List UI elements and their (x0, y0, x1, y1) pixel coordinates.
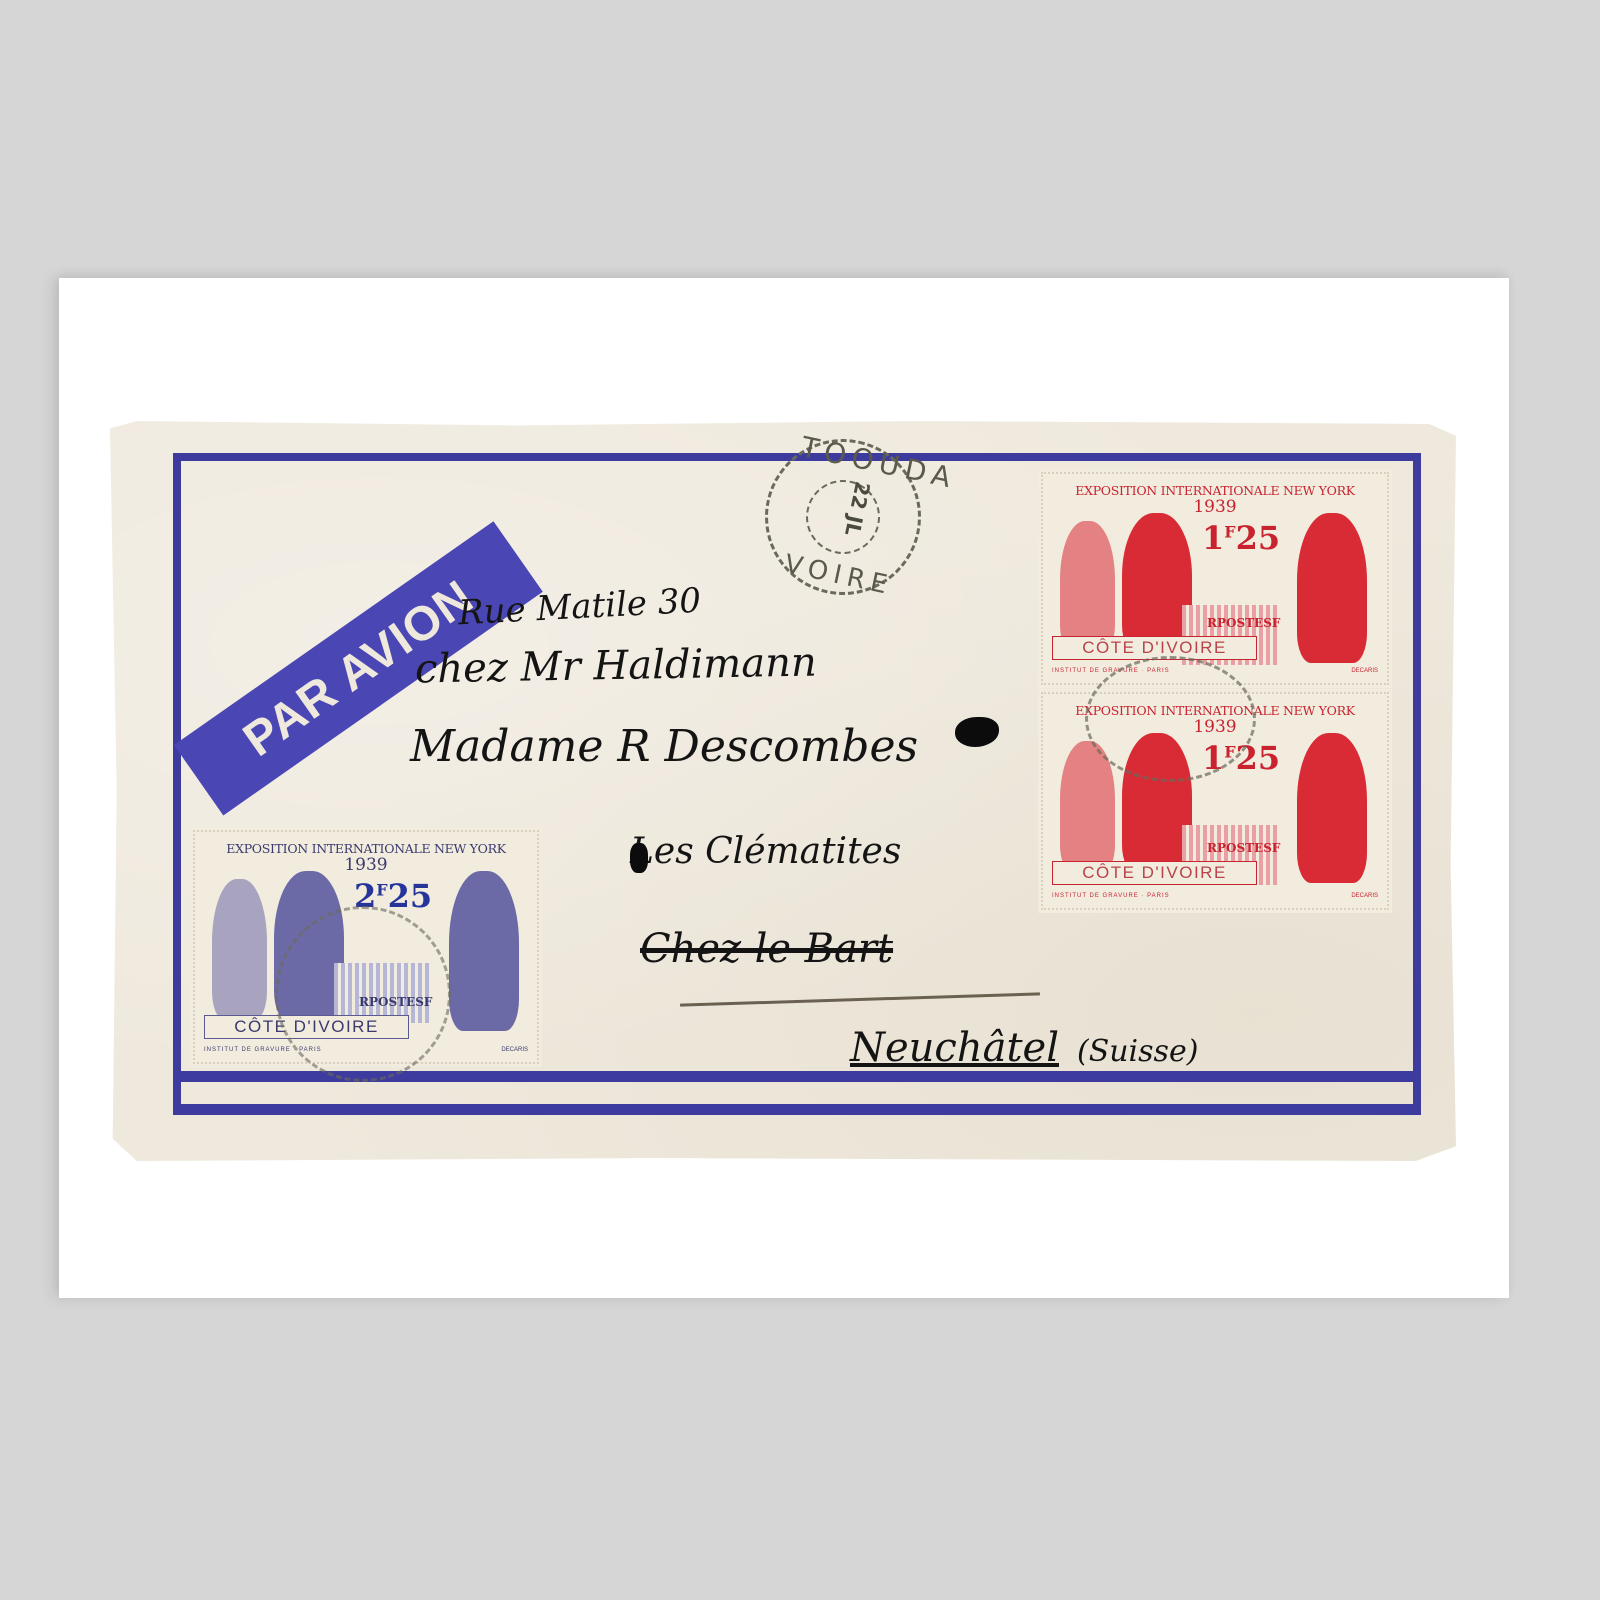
address-line-care-of: chez Mr Haldimann (415, 639, 817, 692)
stamp-engraver: DECARIS (1351, 893, 1378, 899)
stamp-header: EXPOSITION INTERNATIONALE NEW YORK (204, 841, 528, 856)
stamp-header: EXPOSITION INTERNATIONALE NEW YORK (1052, 483, 1378, 498)
airmail-border-line (173, 1104, 1421, 1115)
stamp-value: 1F25 (1202, 519, 1280, 557)
postmark-partial (275, 906, 451, 1082)
stamp-postes: RPOSTESF (1207, 616, 1280, 630)
address-line-struck-locality: Chez-le-Bart (640, 926, 893, 972)
address-line-recipient: Madame R Descombes (410, 721, 918, 772)
ink-blot (630, 843, 648, 873)
address-destination: Neuchâtel(Suisse) (850, 1025, 1198, 1071)
stamp-country: CÔTE D'IVOIRE (1052, 861, 1257, 885)
postmark-partial (1085, 656, 1256, 782)
address-city: Neuchâtel (850, 1025, 1059, 1071)
envelope: PAR AVION EXPOSITION INTERNATIONALE NEW … (110, 421, 1456, 1161)
stamp-design: EXPOSITION INTERNATIONALE NEW YORK 1939 … (1052, 483, 1378, 666)
stamp-postes: RPOSTESF (1207, 841, 1280, 855)
stamp-printer: INSTITUT DE GRAVURE · PARIS (1052, 893, 1170, 899)
stamp-red-top: EXPOSITION INTERNATIONALE NEW YORK 1939 … (1040, 471, 1390, 686)
stamp-engraver: DECARIS (501, 1047, 528, 1053)
address-country: (Suisse) (1077, 1034, 1198, 1069)
address-line-house-name: Les Clématites (630, 831, 901, 872)
stamp-engraver: DECARIS (1351, 668, 1378, 674)
